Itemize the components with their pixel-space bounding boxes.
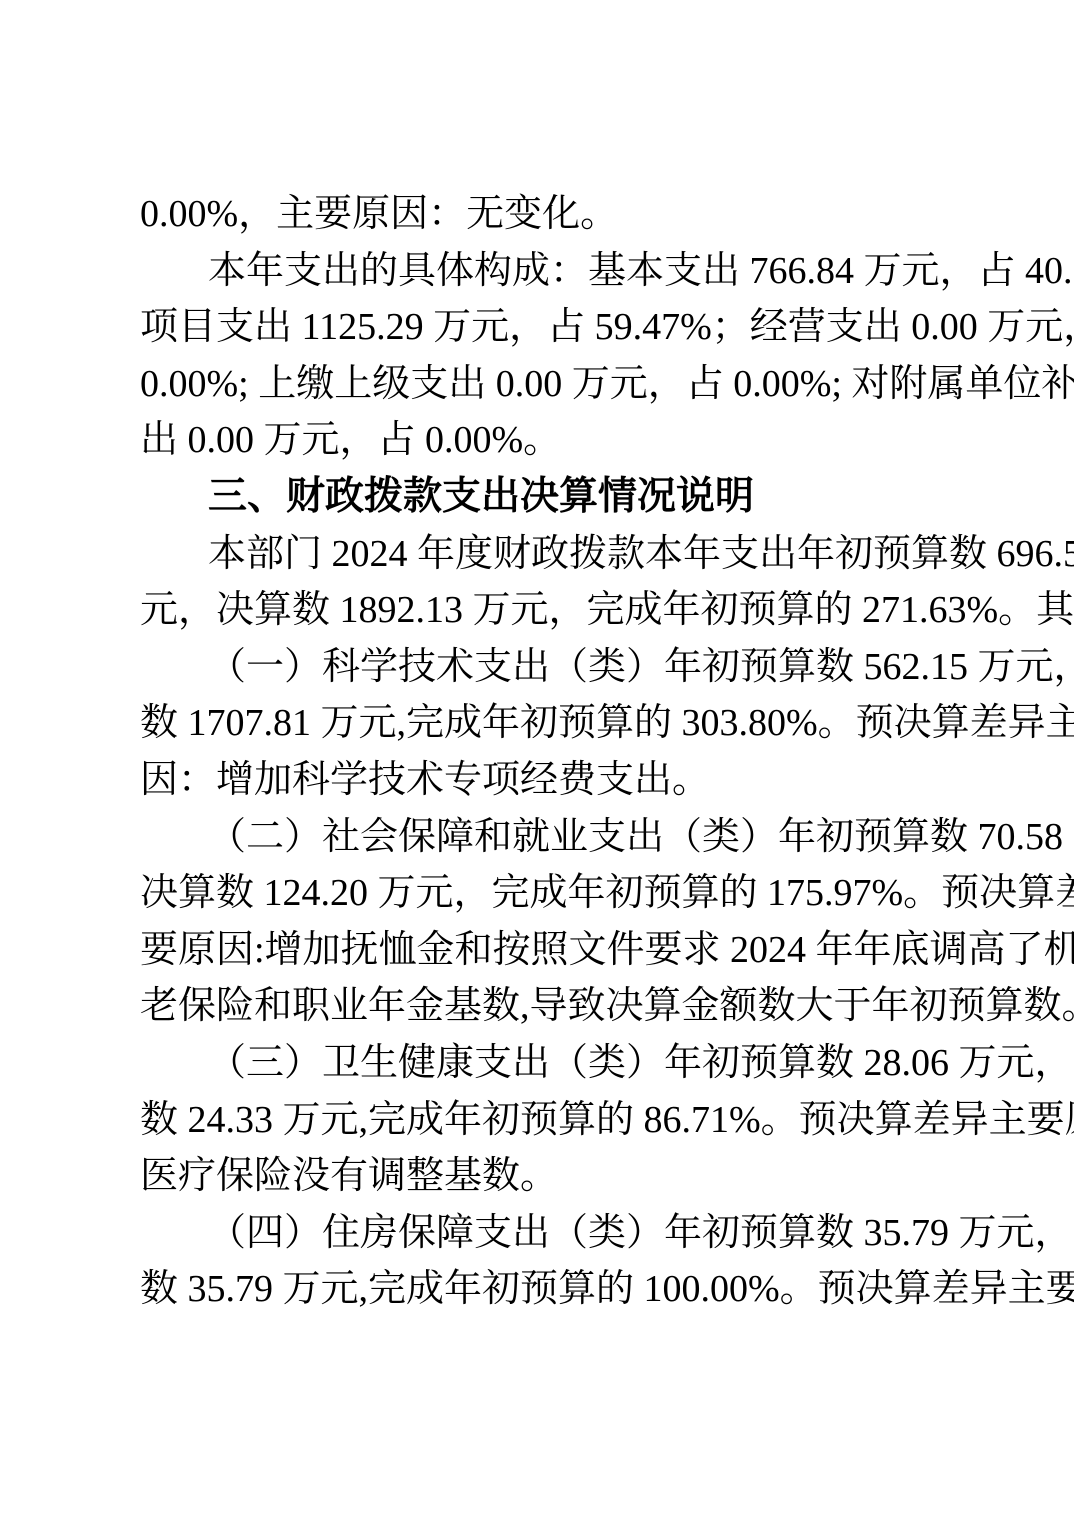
text-line: 要原因:增加抚恤金和按照文件要求 2024 年年底调高了机关养: [140, 922, 934, 979]
text-line: （一）科学技术支出（类）年初预算数 562.15 万元，决算: [140, 639, 934, 696]
heading-section-three: 三、财政拨款支出决算情况说明: [140, 469, 934, 526]
text-line: （四）住房保障支出（类）年初预算数 35.79 万元，决算: [140, 1205, 934, 1262]
text-line: （三）卫生健康支出（类）年初预算数 28.06 万元，决算: [140, 1035, 934, 1092]
document-page: 0.00%，主要原因：无变化。 本年支出的具体构成：基本支出 766.84 万元…: [0, 0, 1074, 1520]
paragraph-item-4-housing-security: （四）住房保障支出（类）年初预算数 35.79 万元，决算 数 35.79 万元…: [140, 1205, 934, 1318]
text-line: 数 35.79 万元,完成年初预算的 100.00%。预决算差异主要原因:: [140, 1261, 934, 1318]
text-line: 决算数 124.20 万元，完成年初预算的 175.97%。预决算差异主: [140, 865, 934, 922]
text-line: 0.00%; 上缴上级支出 0.00 万元，占 0.00%; 对附属单位补助支: [140, 356, 934, 413]
text-line: 元，决算数 1892.13 万元，完成年初预算的 271.63%。其中：: [140, 582, 934, 639]
text-line: 医疗保险没有调整基数。: [140, 1148, 934, 1205]
section-heading: 三、财政拨款支出决算情况说明: [140, 469, 934, 526]
text-line: 本部门 2024 年度财政拨款本年支出年初预算数 696.58 万: [140, 526, 934, 583]
text-line: 项目支出 1125.29 万元，占 59.47%；经营支出 0.00 万元，占: [140, 299, 934, 356]
paragraph-item-1-science-technology: （一）科学技术支出（类）年初预算数 562.15 万元，决算 数 1707.81…: [140, 639, 934, 809]
text-line: 0.00%，主要原因：无变化。: [140, 186, 934, 243]
document-content: 0.00%，主要原因：无变化。 本年支出的具体构成：基本支出 766.84 万元…: [140, 186, 934, 1318]
text-line: 本年支出的具体构成：基本支出 766.84 万元，占 40.53%;: [140, 243, 934, 300]
text-line: 因：增加科学技术专项经费支出。: [140, 752, 934, 809]
text-line: 数 1707.81 万元,完成年初预算的 303.80%。预决算差异主要原: [140, 695, 934, 752]
text-line: 出 0.00 万元，占 0.00%。: [140, 412, 934, 469]
text-line: （二）社会保障和就业支出（类）年初预算数 70.58 万元，: [140, 809, 934, 866]
paragraph-expenditure-composition: 本年支出的具体构成：基本支出 766.84 万元，占 40.53%; 项目支出 …: [140, 243, 934, 469]
text-line: 老保险和职业年金基数,导致决算金额数大于年初预算数。: [140, 978, 934, 1035]
paragraph-fiscal-appropriation-overview: 本部门 2024 年度财政拨款本年支出年初预算数 696.58 万 元，决算数 …: [140, 526, 934, 639]
paragraph-change-reason-tail: 0.00%，主要原因：无变化。: [140, 186, 934, 243]
paragraph-item-3-health: （三）卫生健康支出（类）年初预算数 28.06 万元，决算 数 24.33 万元…: [140, 1035, 934, 1205]
text-line: 数 24.33 万元,完成年初预算的 86.71%。预决算差异主要原因:: [140, 1092, 934, 1149]
paragraph-item-2-social-security-employment: （二）社会保障和就业支出（类）年初预算数 70.58 万元， 决算数 124.2…: [140, 809, 934, 1035]
